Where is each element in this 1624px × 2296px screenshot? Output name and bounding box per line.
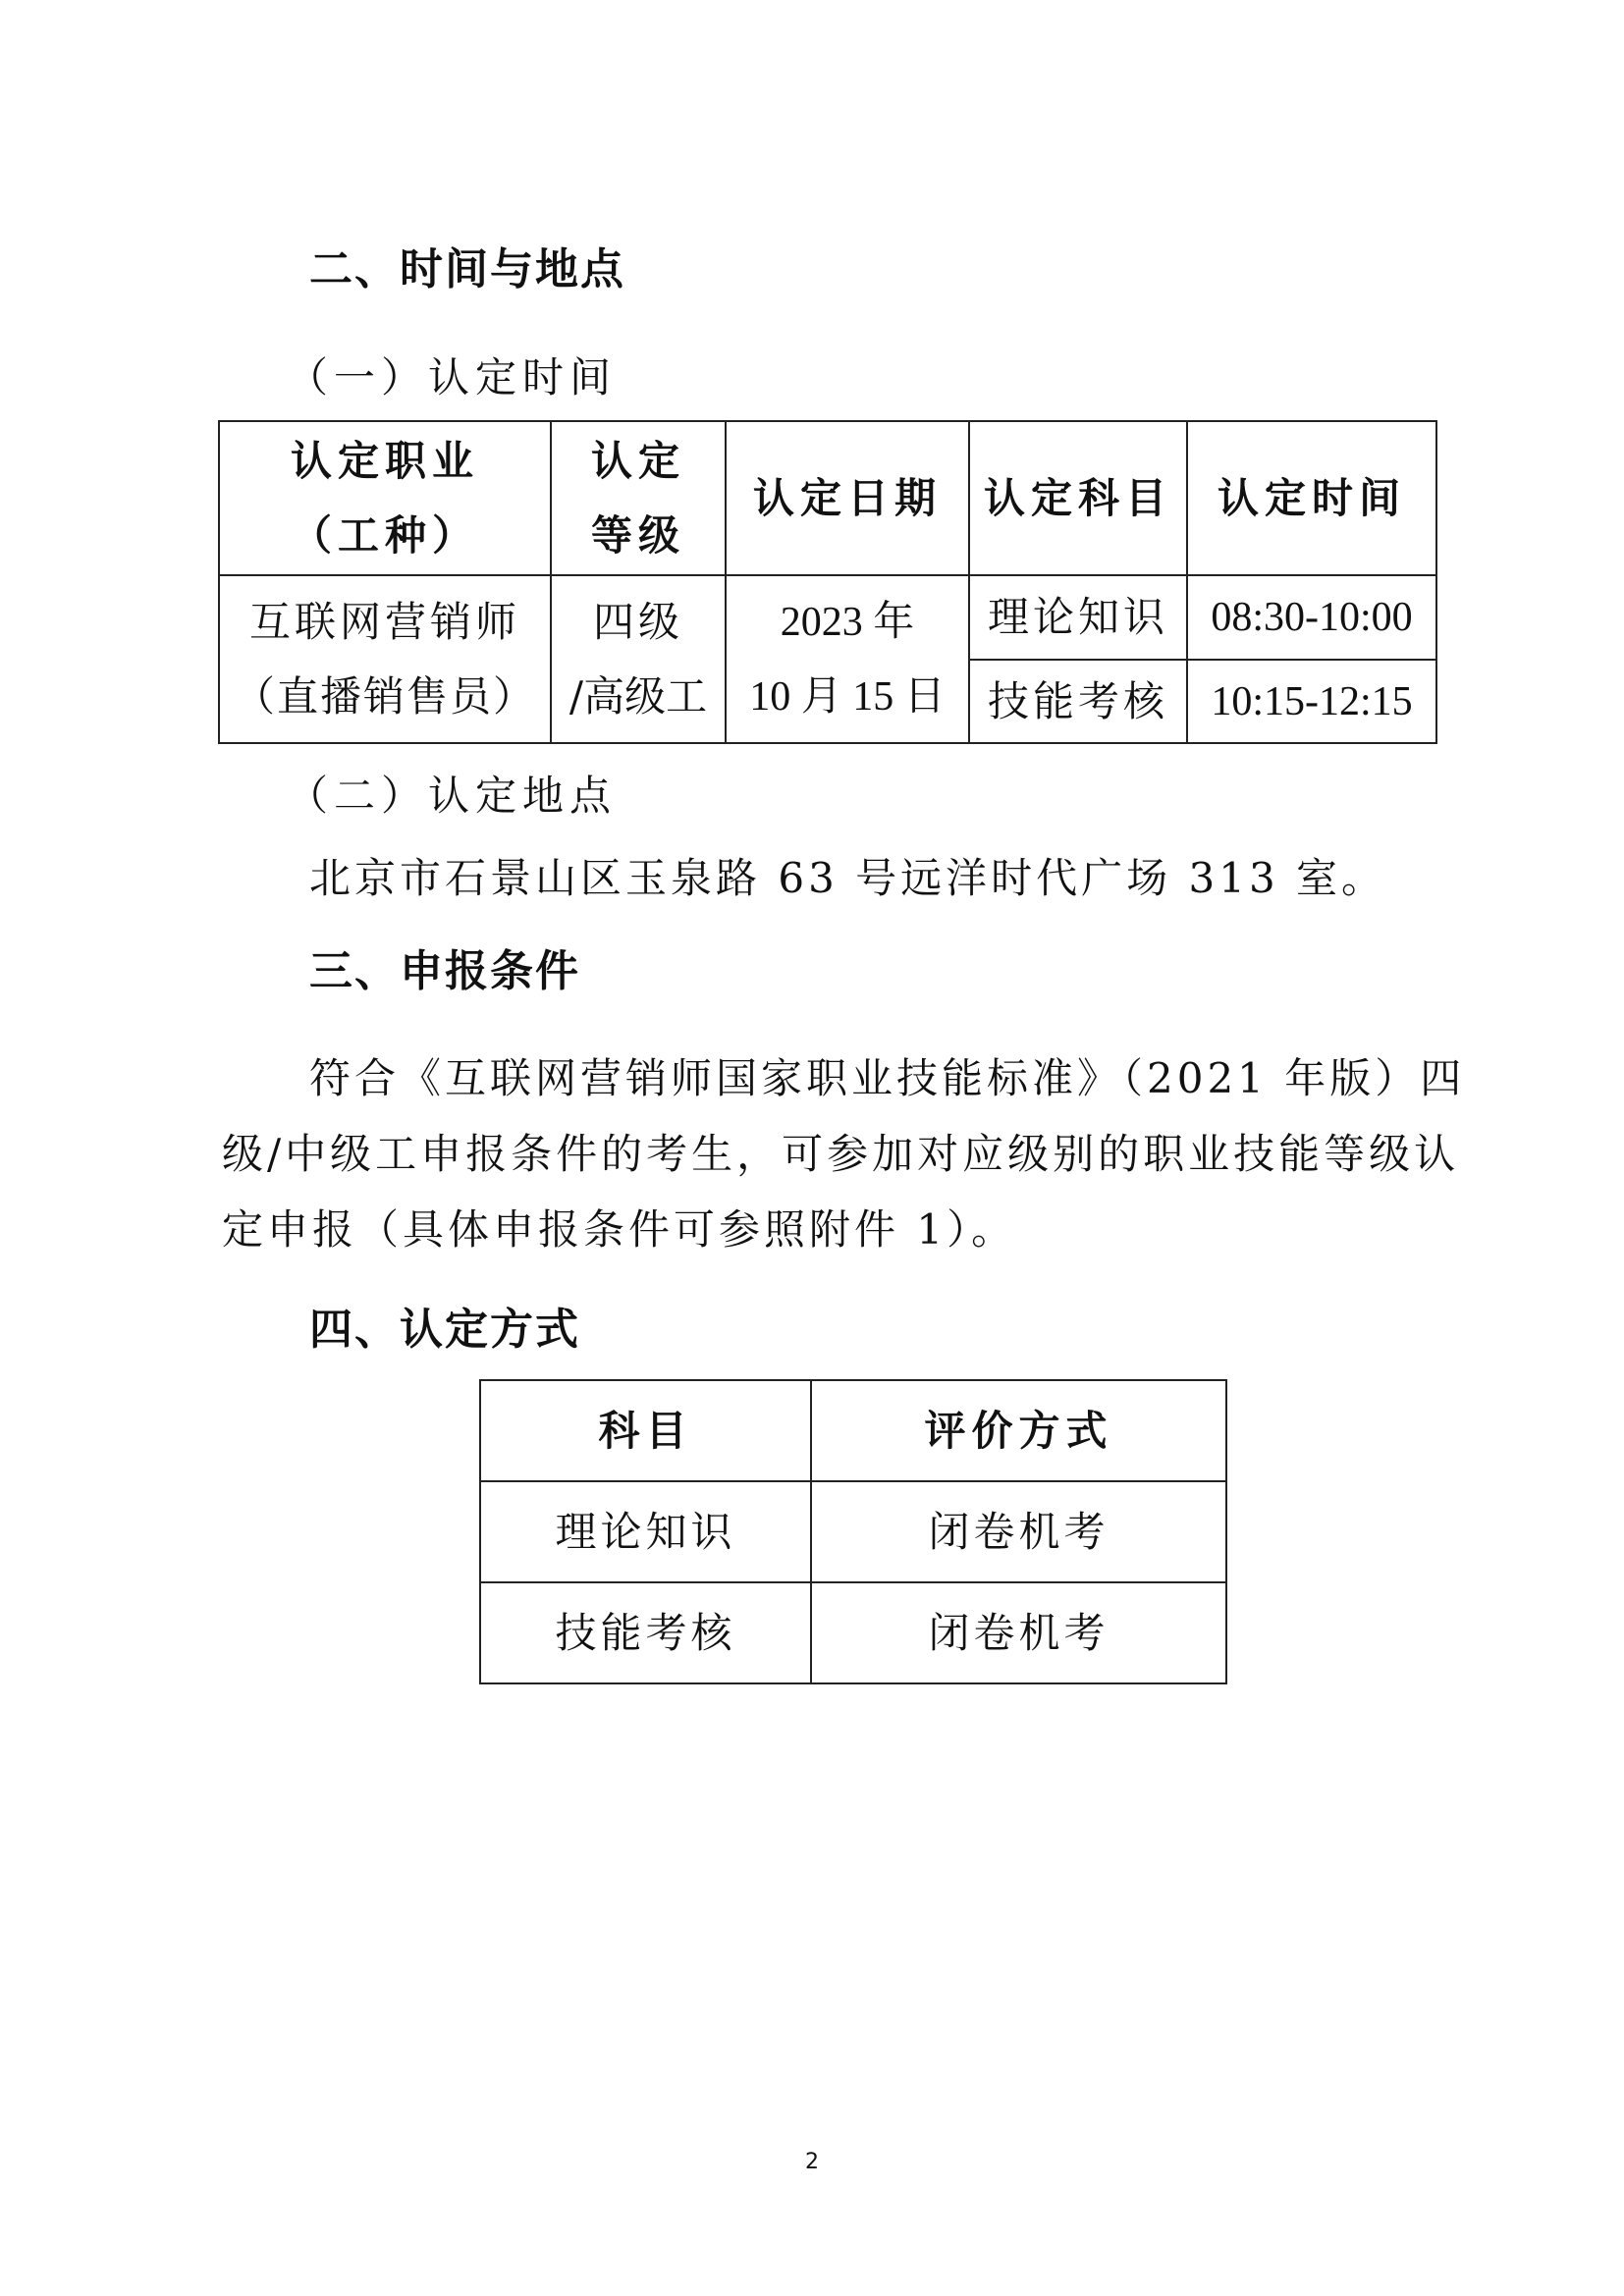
method-table: 科目 评价方式 理论知识 闭卷机考 技能考核 闭卷机考	[479, 1379, 1227, 1684]
schedule-header-row: 认定职业 （工种） 认定 等级 认定日期 认定科目 认定时间	[219, 421, 1436, 575]
header-level-line2: 等级	[552, 499, 725, 573]
header-level: 认定 等级	[551, 421, 726, 575]
address-text: 北京市石景山区玉泉路 63 号远洋时代广场 313 室。	[309, 846, 1386, 905]
header-date: 认定日期	[726, 421, 969, 575]
schedule-table: 认定职业 （工种） 认定 等级 认定日期 认定科目 认定时间 互联网营销师 （直…	[218, 420, 1437, 744]
cell-date: 2023 年 10 月 15 日	[726, 575, 969, 743]
page-number: 2	[805, 2150, 819, 2174]
date-line2: 10 月 15 日	[727, 660, 968, 734]
cell-time: 08:30-10:00	[1187, 575, 1436, 660]
header-subject: 认定科目	[969, 421, 1187, 575]
subheading-time: （一）认定时间	[287, 346, 617, 404]
header-occupation-line2: （工种）	[220, 499, 550, 573]
section-heading-method: 四、认定方式	[309, 1294, 580, 1357]
cell-occupation: 互联网营销师 （直播销售员）	[219, 575, 551, 743]
cell-method: 闭卷机考	[811, 1582, 1226, 1683]
occupation-line1: 互联网营销师	[220, 585, 550, 660]
occupation-line2: （直播销售员）	[220, 660, 550, 734]
header-occupation: 认定职业 （工种）	[219, 421, 551, 575]
header-level-line1: 认定	[552, 424, 725, 499]
cell-subject: 理论知识	[969, 575, 1187, 660]
header-method: 评价方式	[811, 1380, 1226, 1481]
cell-subject: 理论知识	[480, 1481, 811, 1582]
header-subject: 科目	[480, 1380, 811, 1481]
level-line1: 四级	[552, 585, 725, 660]
cell-time: 10:15-12:15	[1187, 660, 1436, 743]
paragraph-line: 符合《互联网营销师国家职业技能标准》（2021 年版）四	[309, 1046, 1465, 1105]
method-header-row: 科目 评价方式	[480, 1380, 1226, 1481]
paragraph-line: 定申报（具体申报条件可参照附件 1）。	[222, 1198, 1016, 1256]
paragraph-line: 级/中级工申报条件的考生，可参加对应级别的职业技能等级认	[222, 1122, 1459, 1181]
header-time: 认定时间	[1187, 421, 1436, 575]
method-row: 技能考核 闭卷机考	[480, 1582, 1226, 1683]
header-occupation-line1: 认定职业	[220, 424, 550, 499]
cell-level: 四级 /高级工	[551, 575, 726, 743]
section-heading-time-place: 二、时间与地点	[309, 234, 625, 296]
schedule-row: 互联网营销师 （直播销售员） 四级 /高级工 2023 年 10 月 15 日 …	[219, 575, 1436, 660]
cell-subject: 技能考核	[480, 1582, 811, 1683]
section-heading-requirements: 三、申报条件	[309, 935, 580, 998]
date-line1: 2023 年	[727, 585, 968, 660]
cell-subject: 技能考核	[969, 660, 1187, 743]
subheading-place: （二）认定地点	[287, 764, 617, 823]
method-row: 理论知识 闭卷机考	[480, 1481, 1226, 1582]
level-line2: /高级工	[552, 660, 725, 734]
cell-method: 闭卷机考	[811, 1481, 1226, 1582]
